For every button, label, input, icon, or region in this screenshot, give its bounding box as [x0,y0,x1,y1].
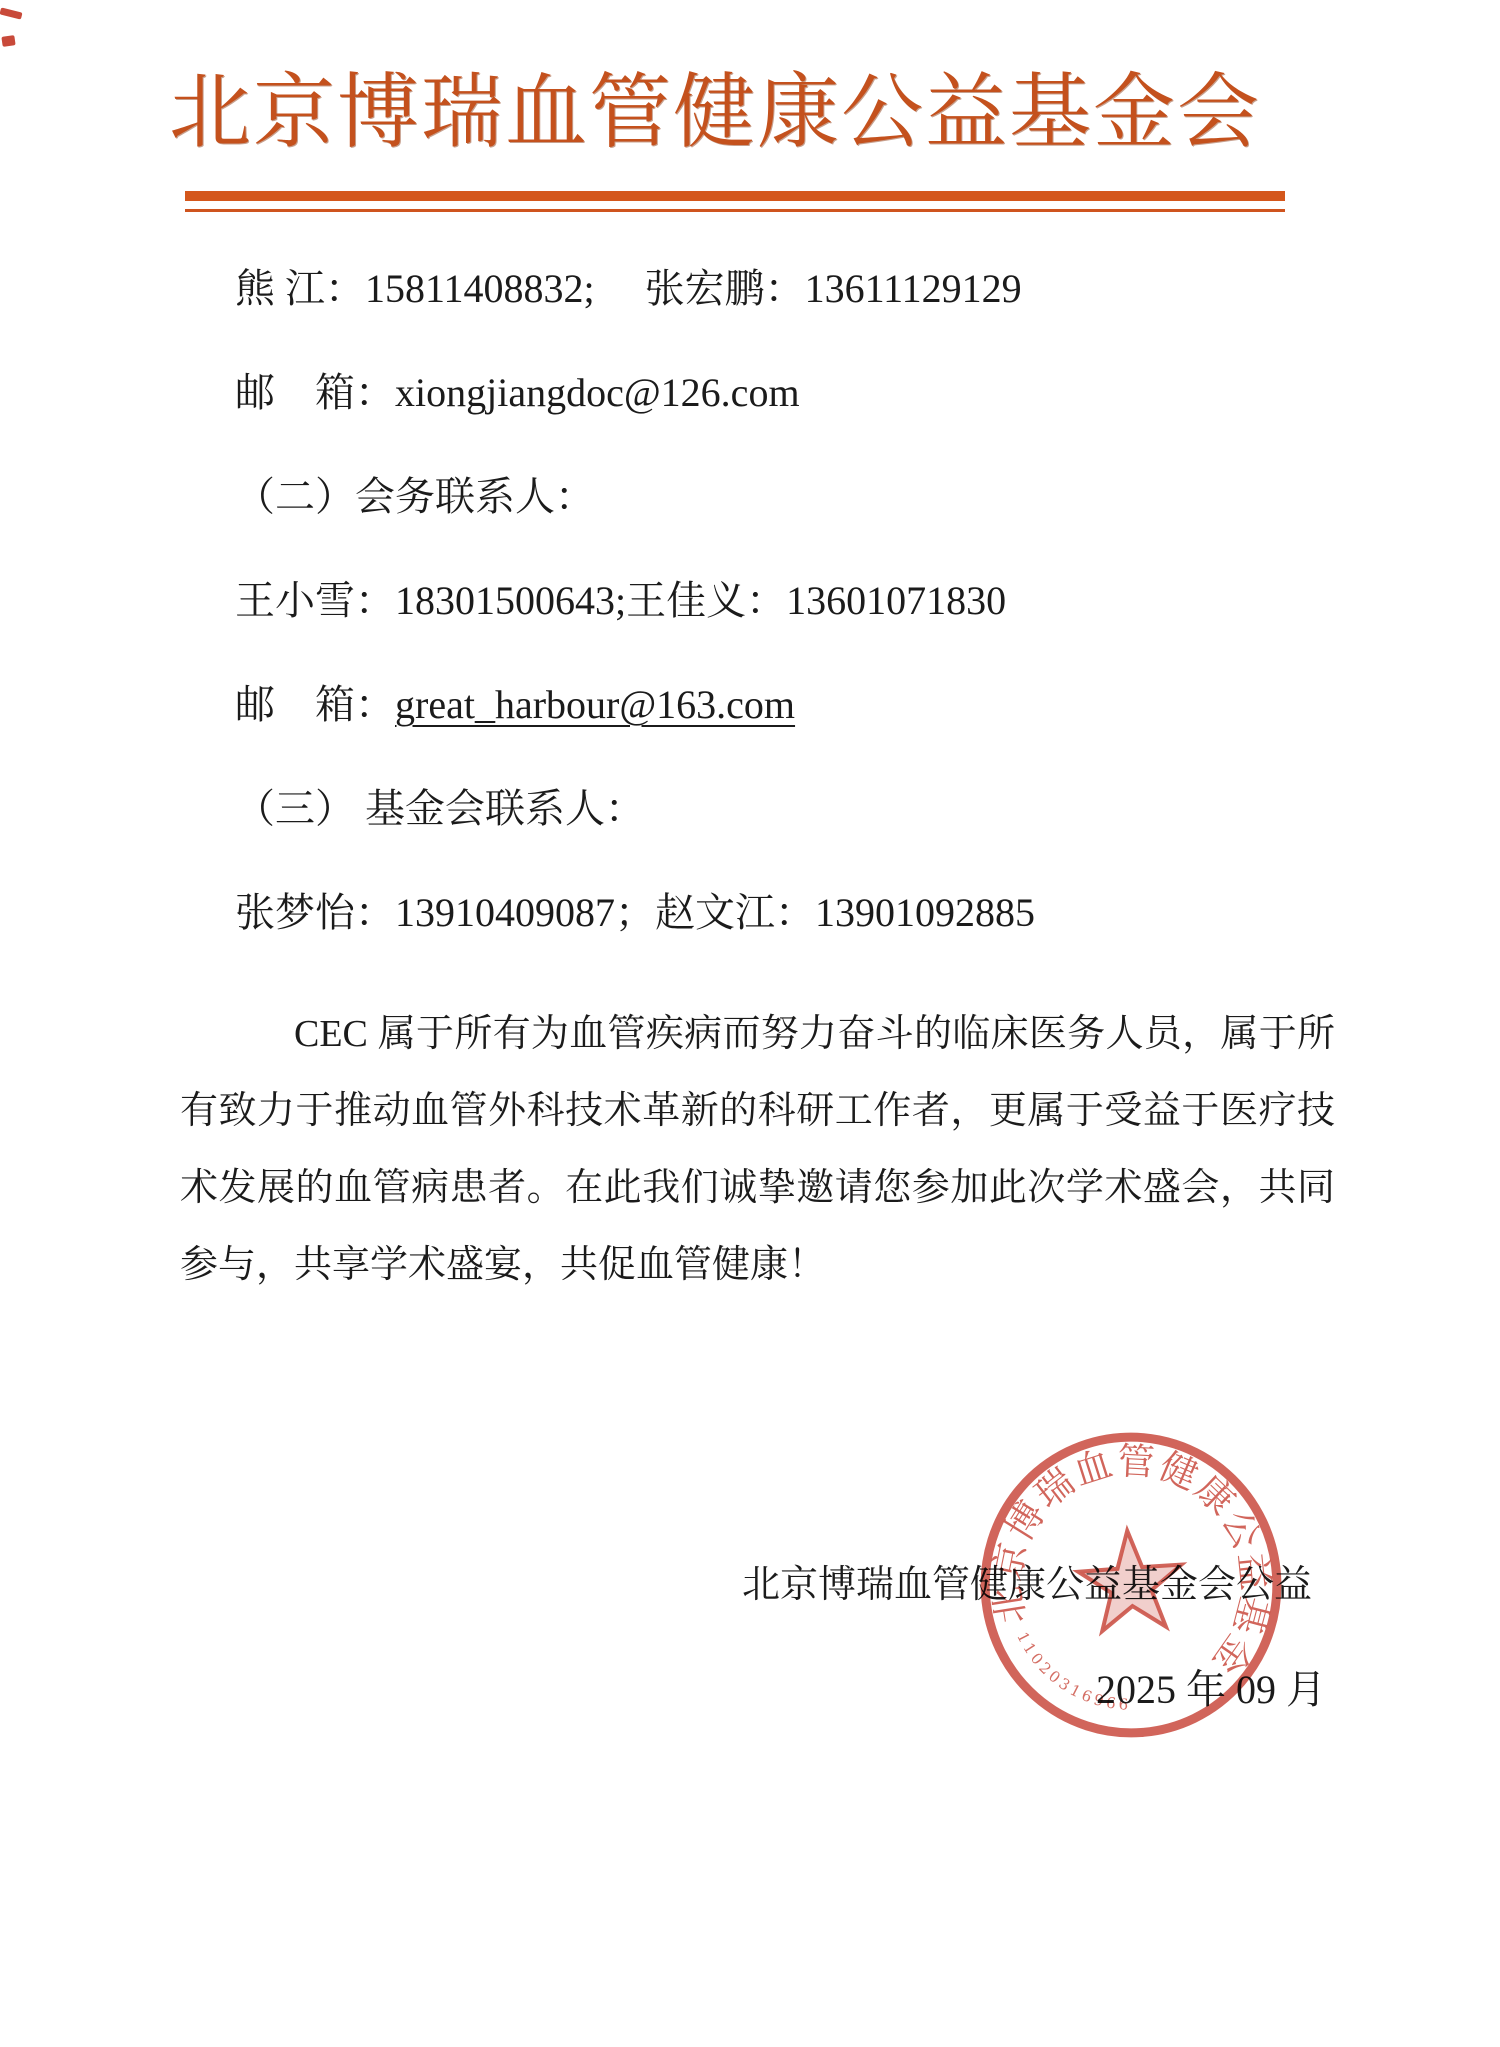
section-heading-2: （二）会务联系人： [235,474,1360,520]
contact-info-block: 熊 江：15811408832; 张宏鹏：13611129129 邮 箱：xio… [235,266,1360,936]
letterhead-org-title: 北京博瑞血管健康公益基金会 [0,66,1430,160]
svg-text:11020316966: 11020316966 [1013,1622,1134,1721]
star-icon [1076,1527,1186,1632]
letter-page: 北京博瑞血管健康公益基金会 熊 江：15811408832; 张宏鹏：13611… [0,0,1500,2047]
email-label: 邮 箱： [235,682,395,727]
invitation-paragraph: CEC 属于所有为血管疾病而努力奋斗的临床医务人员，属于所有致力于推动血管外科技… [180,996,1335,1304]
section-heading-3: （三） 基金会联系人： [235,786,1360,832]
svg-text:北京博瑞血管健康公益基金会: 北京博瑞血管健康公益基金会 [948,1402,1281,1703]
seal-code: 11020316966 [1013,1622,1134,1721]
scan-artifact-mark [0,7,23,19]
scan-artifact-mark [1,35,15,47]
official-seal-stamp: 北京博瑞血管健康公益基金会 11020316966 [948,1402,1313,1767]
email-value-xiongjiangdoc: xiongjiangdoc@126.com [395,370,800,415]
letterhead-rule-thin [185,209,1285,212]
seal-ring-text: 北京博瑞血管健康公益基金会 [948,1402,1281,1703]
email-line-2: 邮 箱：great_harbour@163.com [235,682,1360,728]
contact-line-xiongjiang: 熊 江：15811408832; 张宏鹏：13611129129 [235,266,1360,312]
email-line-1: 邮 箱：xiongjiangdoc@126.com [235,370,1360,416]
email-link-great-harbour[interactable]: great_harbour@163.com [395,682,795,727]
contact-line-zhangmengyi: 张梦怡：13910409087；赵文江：13901092885 [235,890,1360,936]
letterhead-rule-thick [185,191,1285,201]
contact-line-wangxiaoxue: 王小雪：18301500643;王佳义：13601071830 [235,578,1360,624]
email-label: 邮 箱： [235,370,395,415]
